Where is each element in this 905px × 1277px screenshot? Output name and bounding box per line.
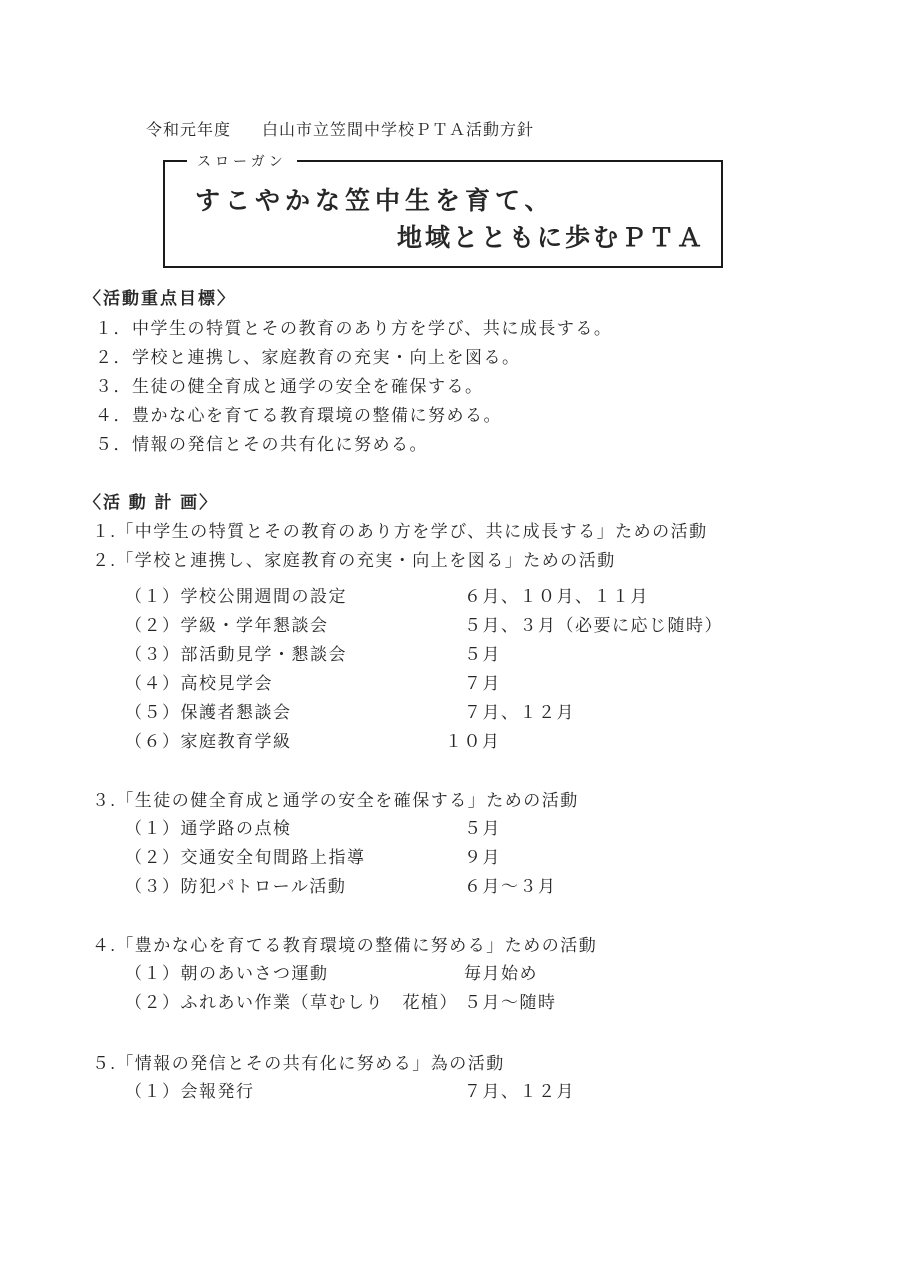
plan-activity-row: （１）通学路の点検 ５月 bbox=[0, 818, 905, 840]
plan-activity-row: （１）会報発行 ７月、１２月 bbox=[0, 1081, 905, 1103]
plan-activity-row: （２）交通安全旬間路上指導 ９月 bbox=[0, 847, 905, 869]
activity-schedule: ７月 bbox=[464, 673, 501, 695]
slogan-line-1: すこやかな笠中生を育て、 bbox=[195, 186, 555, 216]
activity-label: （４）高校見学会 bbox=[125, 673, 273, 695]
plan-activity-row: （２）ふれあい作業（草むしり 花植） ５月～随時 bbox=[0, 992, 905, 1014]
plan-section-1-title: １.「中学生の特質とその教育のあり方を学び、共に成長する」ための活動 bbox=[92, 521, 905, 543]
plan-heading: 〈活 動 計 画〉 bbox=[84, 492, 905, 514]
activity-schedule: ６月～３月 bbox=[464, 876, 557, 898]
plan-activity-row: （５）保護者懇談会 ７月、１２月 bbox=[0, 702, 905, 724]
plan-activity-row: （３）部活動見学・懇談会 ５月 bbox=[0, 644, 905, 666]
activity-label: （１）会報発行 bbox=[125, 1081, 255, 1103]
document-title-era: 令和元年度 bbox=[146, 122, 231, 139]
activity-schedule: ６月、１０月、１１月 bbox=[464, 586, 649, 608]
activity-schedule: ５月～随時 bbox=[464, 992, 557, 1014]
plan-section-5-title: ５.「情報の発信とその共有化に努める」為の活動 bbox=[92, 1053, 905, 1075]
activity-schedule: ５月 bbox=[464, 644, 501, 666]
activity-schedule: ９月 bbox=[464, 847, 501, 869]
activity-schedule: 毎月始め bbox=[464, 963, 538, 985]
activity-schedule: ７月、１２月 bbox=[464, 1081, 575, 1103]
activity-schedule: ７月、１２月 bbox=[464, 702, 575, 724]
plan-section-2-title: ２.「学校と連携し、家庭教育の充実・向上を図る」ための活動 bbox=[92, 550, 905, 572]
plan-section-4-title: ４.「豊かな心を育てる教育環境の整備に努める」ための活動 bbox=[92, 935, 905, 957]
activity-label: （３）部活動見学・懇談会 bbox=[125, 644, 347, 666]
activity-label: （１）通学路の点検 bbox=[125, 818, 292, 840]
goals-heading: 〈活動重点目標〉 bbox=[84, 288, 905, 310]
document-title: 令和元年度 白山市立笠間中学校ＰＴＡ活動方針 bbox=[146, 120, 866, 142]
plan-activity-row: （３）防犯パトロール活動 ６月～３月 bbox=[0, 876, 905, 898]
document-page: 令和元年度 白山市立笠間中学校ＰＴＡ活動方針 スローガン すこやかな笠中生を育て… bbox=[0, 0, 905, 1277]
goal-item-2: ２．学校と連携し、家庭教育の充実・向上を図る。 bbox=[95, 347, 905, 369]
activity-label: （１）朝のあいさつ運動 bbox=[125, 963, 329, 985]
activity-schedule: ５月 bbox=[464, 818, 501, 840]
activity-label: （１）学校公開週間の設定 bbox=[125, 586, 347, 608]
plan-activity-row: （１）朝のあいさつ運動 毎月始め bbox=[0, 963, 905, 985]
activity-label: （２）ふれあい作業（草むしり 花植） bbox=[125, 992, 458, 1014]
plan-activity-row: （４）高校見学会 ７月 bbox=[0, 673, 905, 695]
plan-activity-row: （６）家庭教育学級 １０月 bbox=[0, 731, 905, 753]
activity-label: （５）保護者懇談会 bbox=[125, 702, 292, 724]
document-title-main: 白山市立笠間中学校ＰＴＡ活動方針 bbox=[262, 122, 534, 139]
slogan-line-2: 地域とともに歩むＰＴＡ bbox=[397, 223, 705, 253]
activity-label: （２）学級・学年懇談会 bbox=[125, 615, 329, 637]
slogan-box-label: スローガン bbox=[187, 152, 297, 170]
activity-label: （２）交通安全旬間路上指導 bbox=[125, 847, 366, 869]
activity-schedule: １０月 bbox=[445, 731, 501, 753]
plan-section-3-title: ３.「生徒の健全育成と通学の安全を確保する」ための活動 bbox=[92, 790, 905, 812]
activity-schedule: ５月、３月（必要に応じ随時） bbox=[464, 615, 723, 637]
goal-item-1: １．中学生の特質とその教育のあり方を学び、共に成長する。 bbox=[95, 318, 905, 340]
goal-item-3: ３．生徒の健全育成と通学の安全を確保する。 bbox=[95, 376, 905, 398]
activity-label: （３）防犯パトロール活動 bbox=[125, 876, 346, 898]
goal-item-4: ４．豊かな心を育てる教育環境の整備に努める。 bbox=[95, 405, 905, 427]
activity-label: （６）家庭教育学級 bbox=[125, 731, 292, 753]
slogan-box: スローガン すこやかな笠中生を育て、 地域とともに歩むＰＴＡ bbox=[163, 160, 723, 268]
goal-item-5: ５．情報の発信とその共有化に努める。 bbox=[95, 434, 905, 456]
plan-activity-row: （２）学級・学年懇談会 ５月、３月（必要に応じ随時） bbox=[0, 615, 905, 637]
plan-activity-row: （１）学校公開週間の設定 ６月、１０月、１１月 bbox=[0, 586, 905, 608]
